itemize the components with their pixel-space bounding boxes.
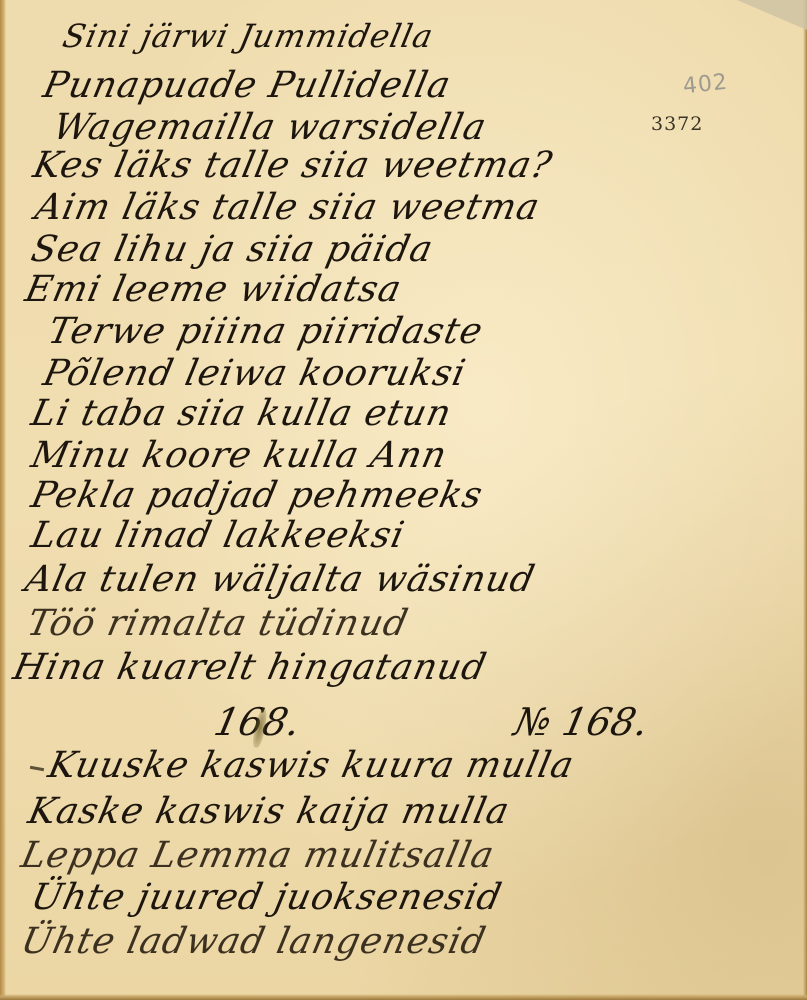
song1-line-11: Minu koore kulla Ann — [28, 438, 450, 474]
song1-line-6: Sea lihu ja siia päida — [28, 232, 436, 268]
song1-line-12: Pekla padjad pehmeeks — [28, 478, 486, 514]
page-bottom-edge — [0, 994, 807, 1000]
page-left-binding-edge — [0, 0, 6, 1000]
number-value: 168. — [558, 700, 652, 744]
song1-line-15: Töö rimalta tüdinud — [24, 606, 411, 642]
number-sign: № — [510, 700, 555, 744]
page-right-edge — [803, 0, 807, 1000]
song1-line-9: Põlend leiwa kooruksi — [40, 356, 469, 392]
corner-fold — [737, 0, 807, 30]
song1-line-7: Emi leeme wiidatsa — [22, 272, 405, 308]
song2-number-label: № 168. — [510, 700, 652, 744]
song1-line-8: Terwe piiina piiridaste — [45, 314, 486, 350]
song1-line-16: Hina kuarelt hingatanud — [10, 650, 490, 686]
song1-line-3: Wagemailla warsidella — [50, 110, 490, 146]
song2-line-3: Leppa Lemma mulitsalla — [18, 838, 497, 874]
manuscript-page: 402 3372 Sini järwi Jummidella Punapuade… — [0, 0, 807, 1000]
song1-line-10: Li taba siia kulla etun — [28, 396, 455, 432]
song2-line-4: Ühte juured juoksenesid — [28, 880, 505, 916]
song1-line-14: Ala tulen wäljalta wäsinud — [22, 562, 538, 598]
song1-line-1: Sini järwi Jummidella — [60, 20, 436, 52]
song1-line-4: Kes läks talle siia weetma? — [30, 148, 555, 184]
song2-line-5: Ühte ladwad langenesid — [18, 924, 489, 960]
archive-pencil-number: 402 — [682, 70, 729, 100]
archive-stamp-number: 3372 — [651, 113, 703, 135]
ink-dash-mark — [30, 766, 44, 771]
song1-line-2: Punapuade Pullidella — [40, 68, 454, 104]
song2-line-2: Kaske kaswis kaija mulla — [25, 794, 513, 830]
song1-line-13: Lau linad lakkeeksi — [28, 518, 408, 554]
song2-line-1: Kuuske kaswis kuura mulla — [45, 748, 577, 784]
song1-line-5: Aim läks talle siia weetma — [32, 190, 543, 226]
